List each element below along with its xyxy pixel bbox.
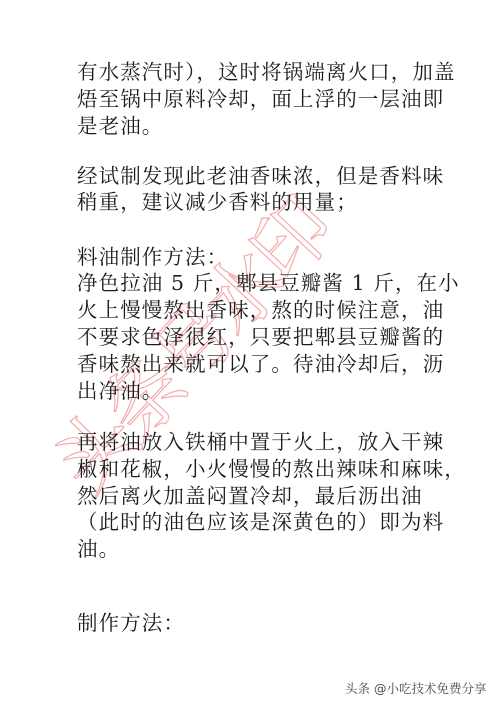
- text-line: 有水蒸汽时），这时将锅端离火口，加盖: [77, 61, 437, 83]
- text-line: 火上慢慢熬出香味，熬的时候注意，油: [77, 299, 437, 321]
- text-line: 稍重，建议减少香料的用量；: [77, 191, 437, 213]
- text-line: 香味熬出来就可以了。待油冷却后，沥: [77, 353, 437, 375]
- text-line: 然后离火加盖闷置冷却，最后沥出油: [77, 485, 437, 507]
- section-heading-seasoning-oil: 料油制作方法：: [77, 246, 437, 268]
- text-line: 焐至锅中原料冷却，面上浮的一层油即: [77, 88, 437, 110]
- section-heading-method: 制作方法：: [77, 612, 437, 634]
- text-line: （此时的油色应该是深黄色的）即为料: [77, 511, 437, 533]
- text-line: 是老油。: [77, 115, 437, 137]
- text-line: 净色拉油 5 斤，郫县豆瓣酱 1 斤，在小: [77, 272, 437, 294]
- footer-attribution: 头条 @小吃技术免费分享: [345, 679, 486, 697]
- document-page: 头条号水印 有水蒸汽时），这时将锅端离火口，加盖 焐至锅中原料冷却，面上浮的一层…: [0, 0, 500, 707]
- text-line: 椒和花椒，小火慢慢的熬出辣味和麻味，: [77, 458, 437, 480]
- text-line: 油。: [77, 538, 437, 560]
- text-line: 不要求色泽很红，只要把郫县豆瓣酱的: [77, 326, 437, 348]
- text-line: 再将油放入铁桶中置于火上，放入干辣: [77, 431, 437, 453]
- text-line: 出净油。: [77, 380, 437, 402]
- text-line: 经试制发现此老油香味浓，但是香料味: [77, 165, 437, 187]
